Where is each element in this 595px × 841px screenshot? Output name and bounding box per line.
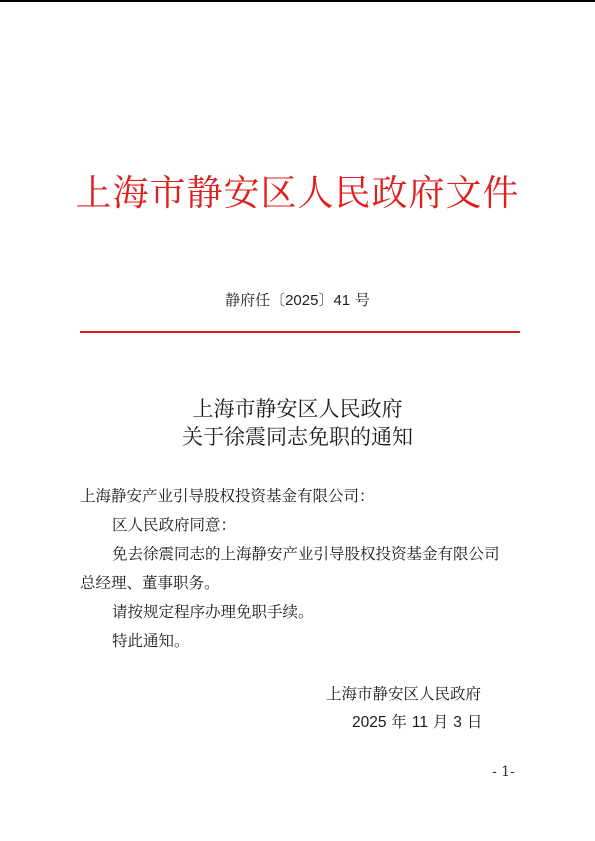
date-year: 2025 [352, 714, 386, 731]
signature-block: 上海市静安区人民政府 2025 年 11 月 3 日 [326, 680, 526, 737]
doc-number-value: 41 [333, 292, 350, 309]
body-paragraph: 区人民政府同意： [80, 511, 525, 540]
date-day: 3 [453, 714, 462, 731]
red-separator-rule [80, 331, 520, 333]
date-year-unit: 年 [386, 713, 411, 731]
addressee: 上海静安产业引导股权投资基金有限公司： [80, 482, 525, 511]
page-number: - 1- [492, 762, 515, 782]
document-number: 静府任〔2025〕41 号 [0, 289, 595, 312]
date-month-unit: 月 [428, 713, 453, 731]
title-line-2: 关于徐震同志免职的通知 [0, 423, 595, 451]
document-title: 上海市静安区人民政府 关于徐震同志免职的通知 [0, 395, 595, 451]
document-page: 上海市静安区人民政府文件 静府任〔2025〕41 号 上海市静安区人民政府 关于… [0, 0, 595, 841]
doc-number-suffix: 号 [350, 291, 370, 309]
signature-organization: 上海市静安区人民政府 [326, 680, 526, 708]
body-paragraph: 特此通知。 [80, 627, 525, 656]
top-border-line [0, 0, 595, 2]
doc-number-prefix: 静府任〔 [225, 291, 285, 309]
body-paragraph-continuation: 总经理、董事职务。 [80, 569, 525, 598]
signature-date: 2025 年 11 月 3 日 [326, 708, 526, 737]
date-month: 11 [412, 714, 428, 731]
title-line-1: 上海市静安区人民政府 [0, 395, 595, 423]
doc-number-mid: 〕 [318, 291, 333, 309]
body-paragraph: 免去徐震同志的上海静安产业引导股权投资基金有限公司 [80, 540, 525, 569]
body-paragraph: 请按规定程序办理免职手续。 [80, 598, 525, 627]
date-day-unit: 日 [462, 713, 482, 731]
doc-number-year: 2025 [285, 292, 318, 309]
red-header-title: 上海市静安区人民政府文件 [0, 170, 595, 218]
document-body: 上海静安产业引导股权投资基金有限公司： 区人民政府同意： 免去徐震同志的上海静安… [80, 482, 525, 656]
